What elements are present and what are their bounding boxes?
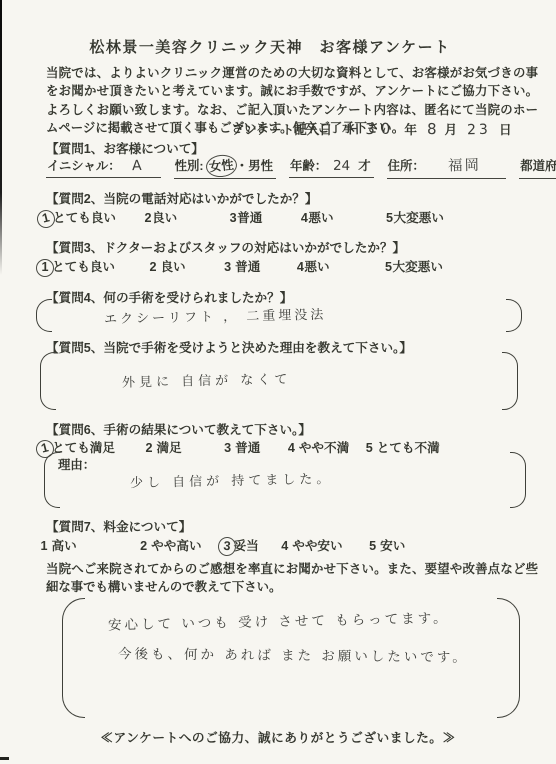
q4-right-bracket bbox=[506, 299, 522, 332]
q7-option-2: 2 やや高い bbox=[140, 535, 202, 554]
initial-field: イニシャル： A bbox=[46, 156, 161, 178]
age-label: 年齢： bbox=[290, 159, 327, 173]
q3-option-3-num: 3 bbox=[224, 260, 232, 274]
q2-option-2-label: 良い bbox=[152, 211, 177, 225]
initial-label: イニシャル： bbox=[47, 159, 121, 173]
q2-header: 【質問2、当院の電話対応はいかがでしたか？】 bbox=[46, 188, 317, 207]
q5-answer-box: 外見に 自信が なくて bbox=[40, 352, 518, 410]
q7-option-2-num: 2 bbox=[140, 539, 148, 553]
q2-option-5-num: 5 bbox=[386, 211, 394, 225]
q3-option-2-label: 良い bbox=[157, 260, 186, 274]
q3-option-4: 4悪い bbox=[296, 256, 329, 275]
q7-option-1-label: 高い bbox=[48, 539, 77, 553]
q7-selected-circle: 3 bbox=[217, 536, 237, 557]
q3-selected-circle: 1 bbox=[36, 259, 54, 277]
q4-left-bracket bbox=[36, 299, 52, 332]
q5-answer-handwritten: 外見に 自信が なくて bbox=[122, 368, 292, 391]
date-label: アンケート記入日 bbox=[232, 119, 332, 138]
gender-male-option: 男性 bbox=[248, 159, 273, 173]
date-month-suffix: 月 bbox=[445, 119, 458, 138]
date-era-handwritten: H30 bbox=[348, 119, 397, 138]
age-suffix: 才 bbox=[358, 159, 370, 173]
q4-answer-handwritten: エクシーリフト ， 二重埋没法 bbox=[104, 304, 327, 328]
q3-option-3: 3 普通 bbox=[224, 256, 261, 275]
initial-value-handwritten: A bbox=[132, 158, 142, 174]
comments-box: 安心して いつも 受け させて もらってます。 今後も、何か あれば また お願… bbox=[62, 598, 520, 718]
q2-options: 1とても良い2良い3普通4悪い5大変悪い bbox=[39, 207, 444, 226]
address-field: 住所： 福岡 bbox=[387, 154, 507, 179]
q7-option-3-label: 妥当 bbox=[234, 539, 259, 553]
q7-option-1-num: 1 bbox=[40, 539, 48, 553]
survey-date-line: アンケート記入日 H30 年 8 月 23 日 bbox=[232, 119, 522, 138]
q6-header: 【質問6、手術の結果について教えて下さい。】 bbox=[46, 419, 311, 438]
q1-answer-row: イニシャル： A 性別: 女性・男性 年齢： 24 才 住所： 福岡 都道府県 bbox=[46, 154, 556, 179]
q6-reason-handwritten: 少し 自信が 持てました。 bbox=[130, 468, 334, 491]
q2-option-2-num: 2 bbox=[144, 211, 152, 225]
q2-option-5-label: 大変悪い bbox=[394, 211, 444, 225]
q3-option-2: 2 良い bbox=[149, 256, 186, 275]
q7-option-4-label: やや安い bbox=[289, 539, 343, 553]
q3-option-5: 5大変悪い bbox=[385, 256, 443, 275]
gender-label: 性別: bbox=[175, 159, 204, 173]
q7-option-1: 1 高い bbox=[40, 535, 77, 554]
q6-right-bracket bbox=[510, 452, 526, 508]
comments-line1-handwritten: 安心して いつも 受け させて もらってます。 bbox=[108, 606, 450, 633]
q3-options: 1とても良い2 良い3 普通4悪い5大変悪い bbox=[38, 256, 443, 275]
address-label: 住所： bbox=[388, 159, 425, 173]
q3-option-4-label: 悪い bbox=[304, 260, 329, 274]
q2-option-3-label: 普通 bbox=[237, 211, 262, 225]
q6-reason-label: 理由： bbox=[58, 455, 95, 473]
scan-edge-artifact-bottom bbox=[0, 757, 9, 760]
q3-option-5-label: 大変悪い bbox=[393, 260, 443, 274]
q5-right-bracket bbox=[502, 352, 518, 410]
q3-option-5-num: 5 bbox=[385, 260, 393, 274]
q2-option-4: 4悪い bbox=[300, 207, 333, 226]
q6-reason-box: 理由： 少し 自信が 持てました。 bbox=[44, 452, 526, 508]
q7-option-2-label: やや高い bbox=[148, 539, 202, 553]
q7-option-4: 4 やや安い bbox=[281, 535, 343, 554]
q3-option-1: 1とても良い bbox=[38, 256, 115, 275]
q2-option-2: 2良い bbox=[144, 207, 177, 226]
q2-option-4-label: 悪い bbox=[308, 211, 333, 225]
comments-right-bracket bbox=[497, 598, 520, 718]
date-year-suffix: 年 bbox=[404, 119, 417, 138]
age-value-handwritten: 24 bbox=[333, 158, 350, 174]
q7-option-3: 3妥当 bbox=[220, 535, 259, 554]
q2-option-3: 3普通 bbox=[229, 207, 262, 226]
address-value-handwritten: 福岡 bbox=[448, 154, 481, 176]
q7-options: 1 高い2 やや高い3妥当4 やや安い5 安い bbox=[40, 535, 405, 554]
q7-option-5-label: 安い bbox=[377, 539, 406, 553]
age-field: 年齢： 24 才 bbox=[289, 156, 374, 178]
q3-option-3-label: 普通 bbox=[232, 260, 261, 274]
q7-option-4-num: 4 bbox=[281, 539, 289, 553]
q2-option-3-num: 3 bbox=[229, 211, 237, 225]
q4-answer-box: エクシーリフト ， 二重埋没法 bbox=[36, 299, 522, 332]
comments-left-bracket bbox=[62, 598, 85, 718]
q5-left-bracket bbox=[40, 352, 56, 410]
q7-option-5: 5 安い bbox=[369, 535, 406, 554]
gender-selected-circle: 女性 bbox=[205, 153, 238, 178]
date-day-handwritten: 23 bbox=[467, 122, 491, 138]
comments-prompt: 当院へご来院されてからのご感想を率直にお聞かせ下さい。また、要望や改善点など些細… bbox=[46, 560, 538, 597]
q7-header: 【質問7、料金について】 bbox=[46, 516, 191, 535]
survey-scan-page: 松林景一美容クリニック天神 お客様アンケート 当院では、よりよいクリニック運営の… bbox=[0, 0, 556, 764]
page-title: 松林景一美容クリニック天神 お客様アンケート bbox=[0, 36, 540, 57]
q3-option-1-label: とても良い bbox=[52, 260, 115, 274]
gender-dot: ・ bbox=[236, 159, 248, 173]
q2-option-5: 5大変悪い bbox=[386, 207, 444, 226]
prefecture-field: 都道府県 bbox=[519, 156, 556, 179]
gender-field: 性別: 女性・男性 bbox=[174, 156, 276, 179]
footer-thanks: ≪アンケートへのご協力、誠にありがとうございました。≫ bbox=[0, 727, 556, 746]
q7-option-5-num: 5 bbox=[369, 539, 377, 553]
comments-line2-handwritten: 今後も、何か あれば また お願いしたいです。 bbox=[118, 642, 469, 666]
q3-header: 【質問3、ドクターおよびスタッフの対応はいかがでしたか？】 bbox=[46, 237, 405, 256]
gender-female-option: 女性 bbox=[208, 158, 234, 175]
date-day-suffix: 日 bbox=[499, 119, 512, 138]
prefecture-prefix: 都道府 bbox=[520, 159, 556, 173]
q2-option-1-label: とても良い bbox=[53, 211, 116, 225]
q2-option-1: 1とても良い bbox=[39, 207, 116, 226]
q3-option-2-num: 2 bbox=[149, 260, 157, 274]
date-month-handwritten: 8 bbox=[427, 120, 437, 138]
